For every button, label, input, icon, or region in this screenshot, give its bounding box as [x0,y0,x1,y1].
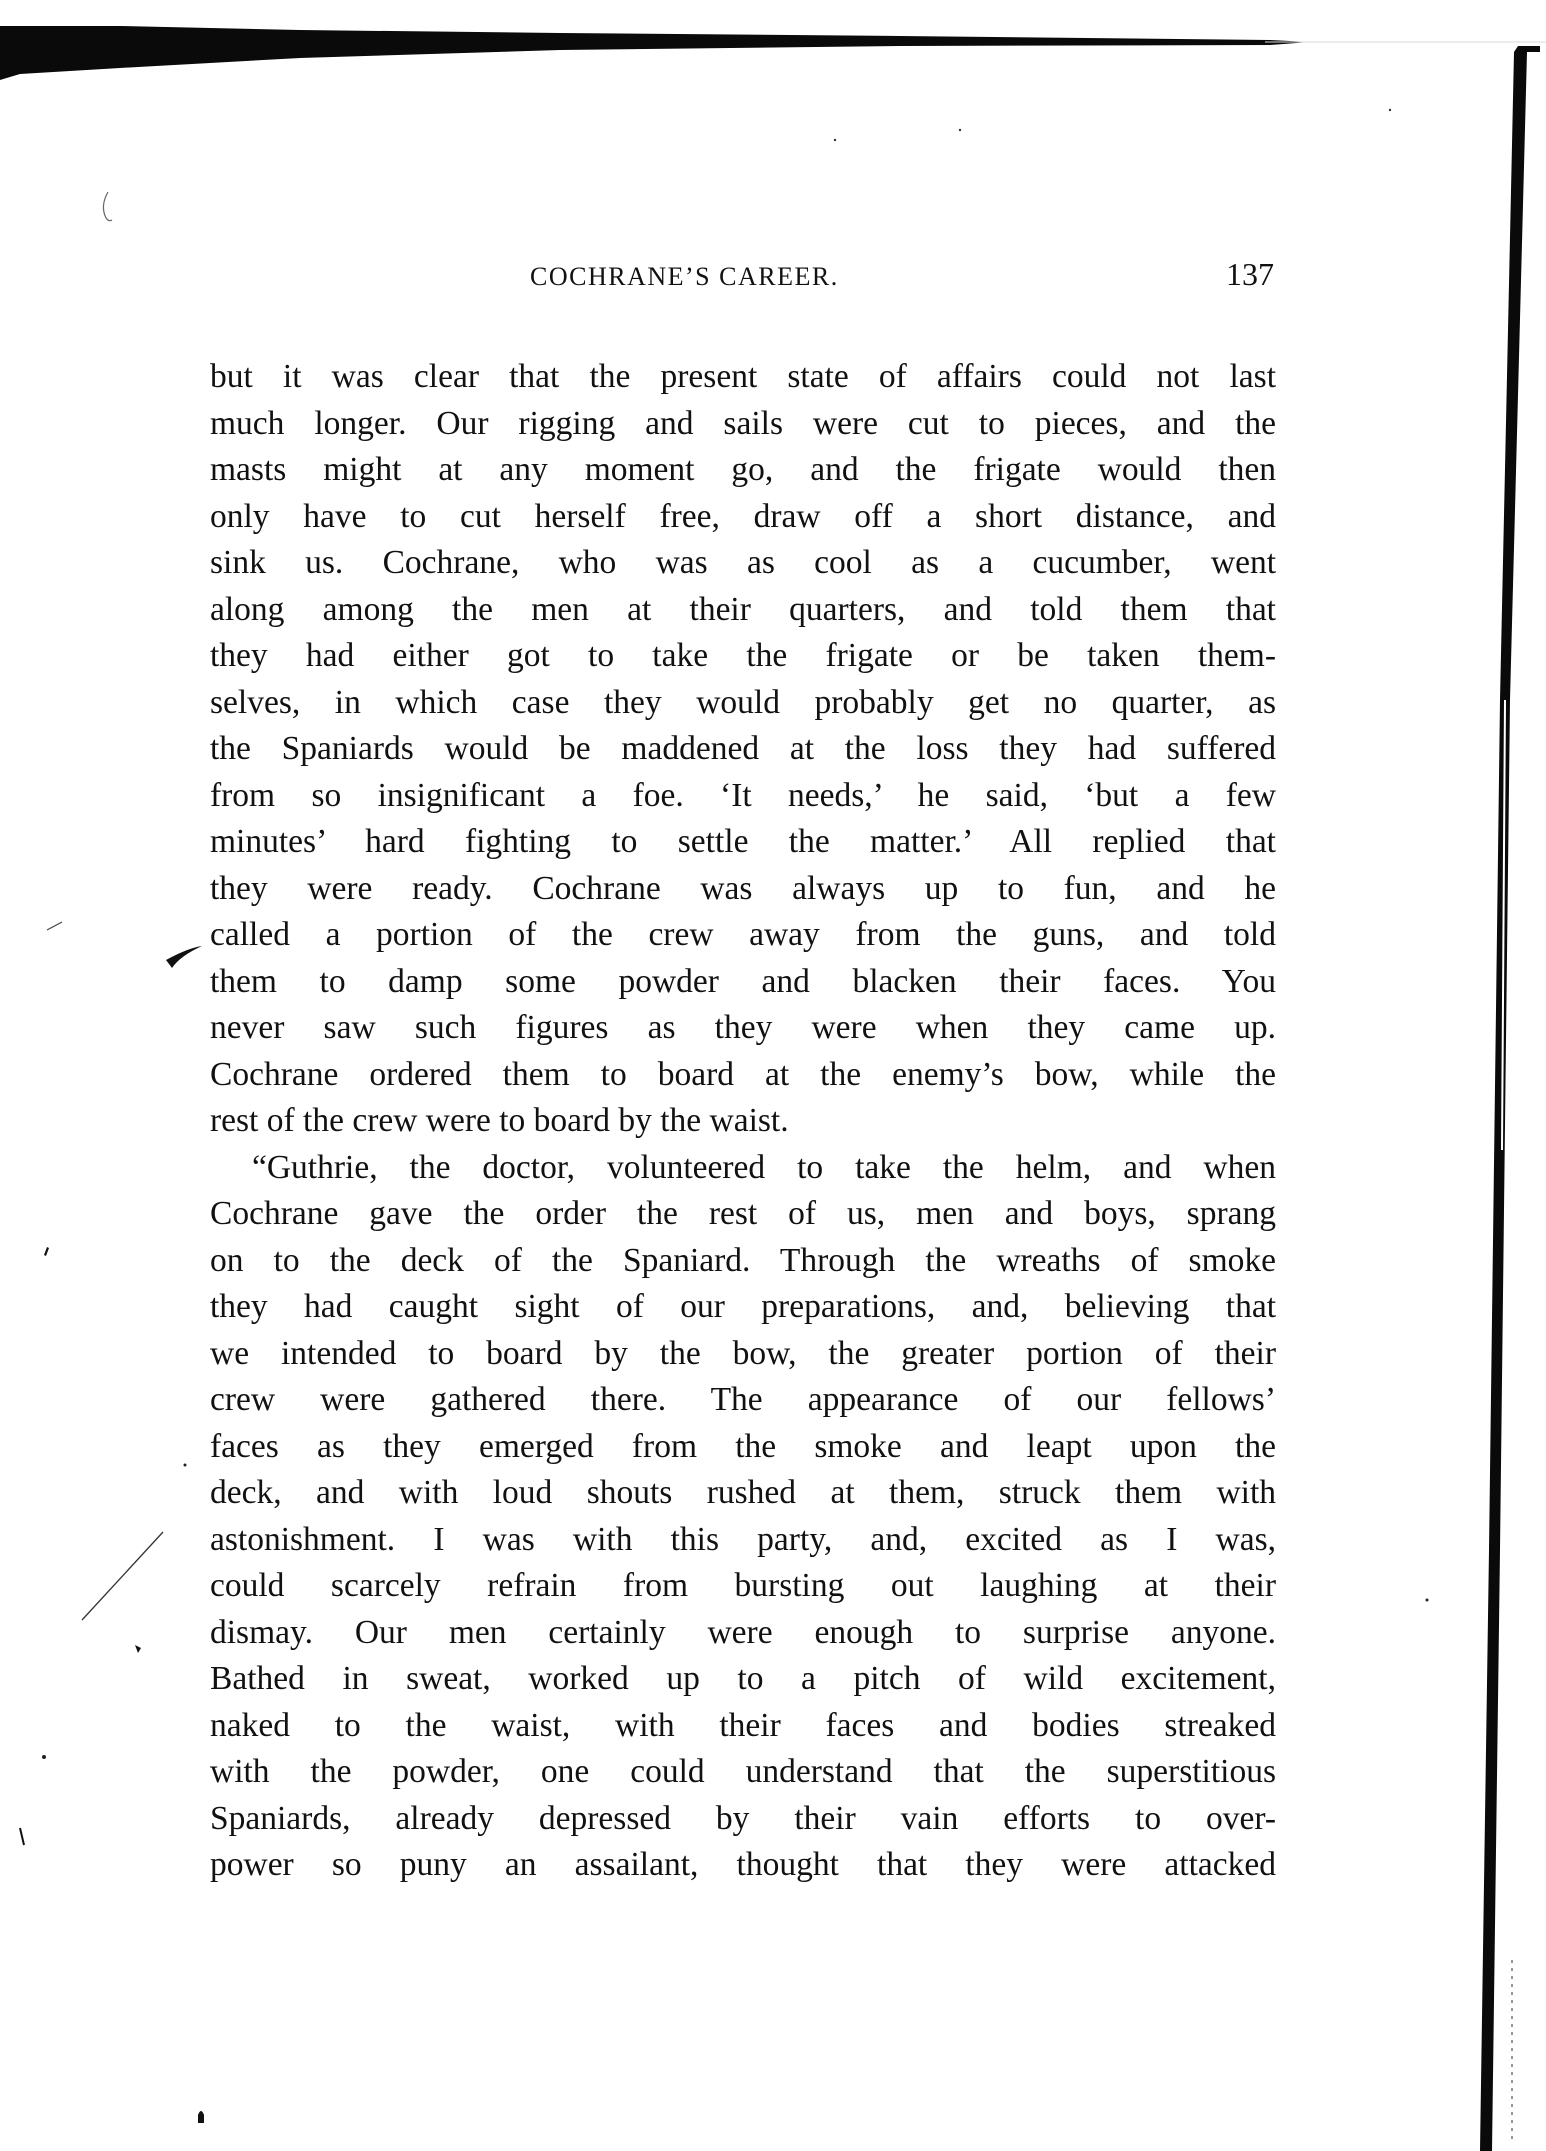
text-line: they had either got to take the frigate … [210,633,1276,680]
scan-shadow-top [0,0,1546,100]
body-text: but it was clear that the present state … [210,354,1276,1889]
text-line: they were ready. Cochrane was always up … [210,866,1276,913]
text-line: power so puny an assailant, thought that… [210,1842,1276,1889]
text-line: never saw such figures as they were when… [210,1005,1276,1052]
paragraph-end-line: rest of the crew were to board by the wa… [210,1098,1276,1145]
text-line: astonishment. I was with this party, and… [210,1517,1276,1564]
ink-blot-icon [166,946,202,968]
text-line: we intended to board by the bow, the gre… [210,1331,1276,1378]
text-line: deck, and with loud shouts rushed at the… [210,1470,1276,1517]
text-line: crew were gathered there. The appearance… [210,1377,1276,1424]
running-head: COCHRANE’S CAREER. [530,262,839,292]
text-line: but it was clear that the present state … [210,354,1276,401]
text-line: Bathed in sweat, worked up to a pitch of… [210,1656,1276,1703]
text-line: on to the deck of the Spaniard. Through … [210,1238,1276,1285]
text-line: much longer. Our rigging and sails were … [210,401,1276,448]
text-line: called a portion of the crew away from t… [210,912,1276,959]
text-line: only have to cut herself free, draw off … [210,494,1276,541]
text-line: they had caught sight of our preparation… [210,1284,1276,1331]
text-line: masts might at any moment go, and the fr… [210,447,1276,494]
page-number: 137 [1194,256,1274,293]
text-line: Cochrane ordered them to board at the en… [210,1052,1276,1099]
text-line: Spaniards, already depressed by their va… [210,1796,1276,1843]
text-line: naked to the waist, with their faces and… [210,1703,1276,1750]
pencil-mark-icon [103,192,112,221]
text-line: them to damp some powder and blacken the… [210,959,1276,1006]
text-line: dismay. Our men certainly were enough to… [210,1610,1276,1657]
text-line: Cochrane gave the order the rest of us, … [210,1191,1276,1238]
text-line: with the powder, one could understand th… [210,1749,1276,1796]
text-line: selves, in which case they would probabl… [210,680,1276,727]
paragraph-start-line: “Guthrie, the doctor, volunteered to tak… [210,1145,1276,1192]
text-line: sink us. Cochrane, who was as cool as a … [210,540,1276,587]
text-line: the Spaniards would be maddened at the l… [210,726,1276,773]
text-line: along among the men at their quarters, a… [210,587,1276,634]
text-line: minutes’ hard fighting to settle the mat… [210,819,1276,866]
text-line: faces as they emerged from the smoke and… [210,1424,1276,1471]
text-line: from so insignificant a foe. ‘It needs,’… [210,773,1276,820]
text-line: could scarcely refrain from bursting out… [210,1563,1276,1610]
book-page: COCHRANE’S CAREER. 137 but it was clear … [0,0,1546,2151]
